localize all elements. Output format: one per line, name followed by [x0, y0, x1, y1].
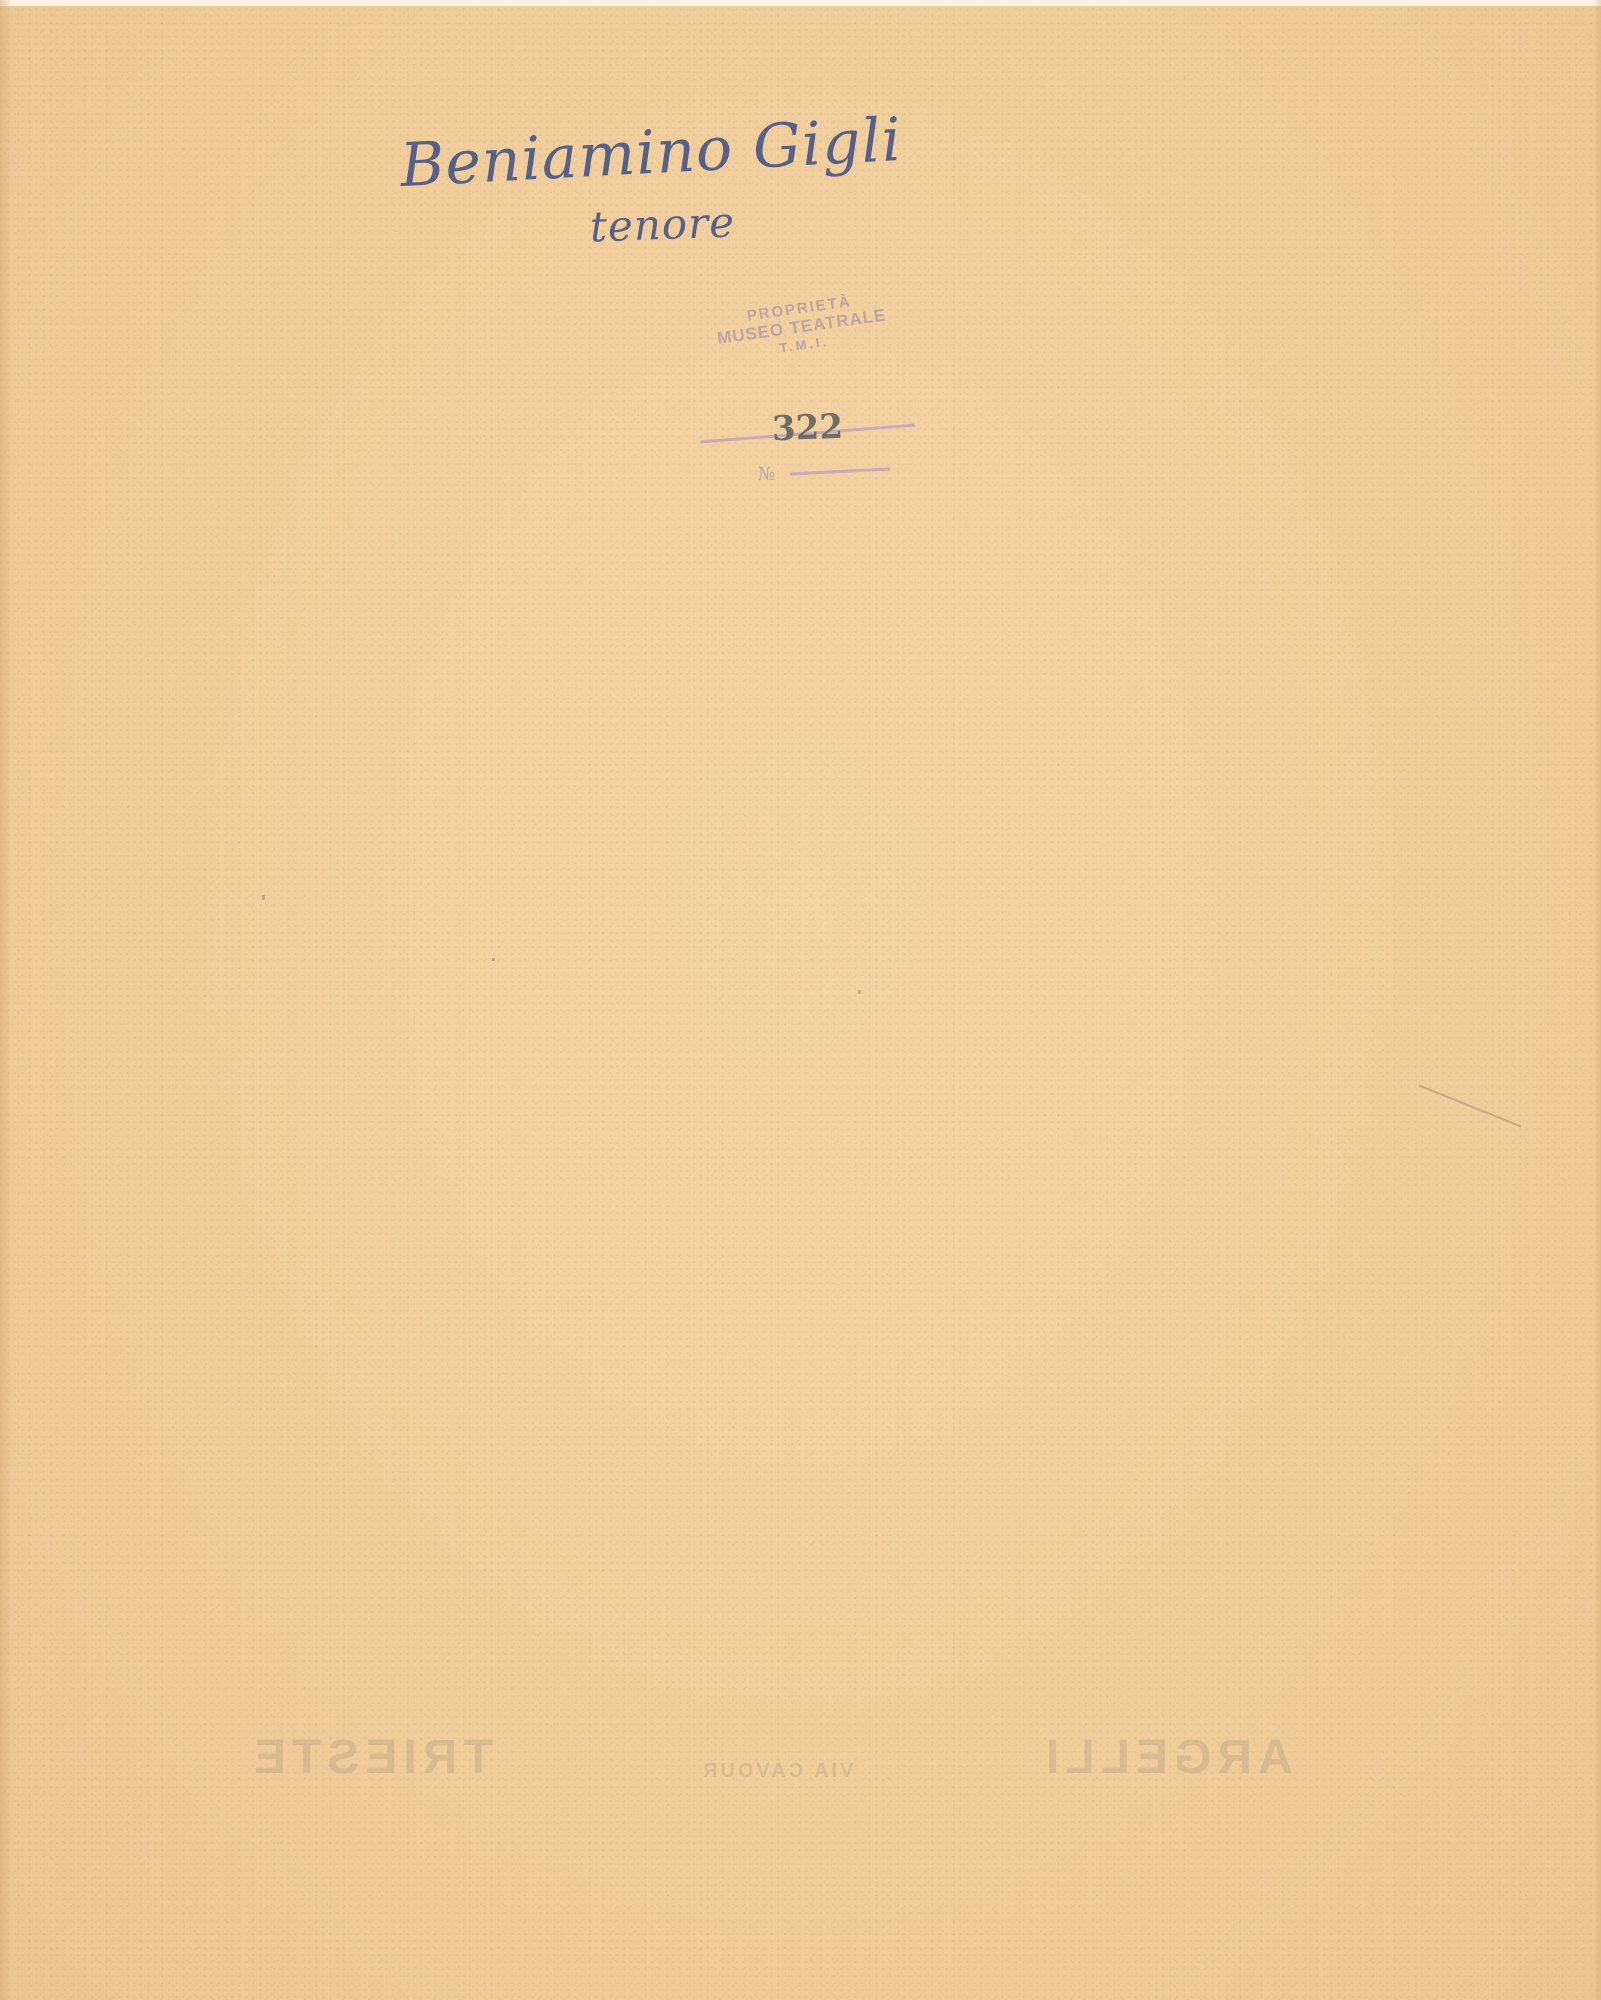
- handwritten-name: Beniamino Gigli: [399, 105, 904, 201]
- page-left-edge: [0, 0, 12, 2000]
- paper-speck: [492, 958, 495, 961]
- bleed-through-text-right: ARGELLI: [1040, 1730, 1293, 1785]
- inventory-number-label: №: [758, 464, 775, 485]
- page-top-edge: [0, 0, 1601, 6]
- paper-speck: [858, 990, 861, 994]
- bleed-through-text-middle: VIA CAVOUR: [700, 1760, 853, 1783]
- bleed-through-text-left: TRIESTE: [248, 1730, 493, 1785]
- handwritten-role: tenore: [589, 197, 736, 251]
- stray-pencil-mark: [1419, 1084, 1522, 1127]
- inventory-number-line: [790, 467, 890, 475]
- paper-speck: [262, 895, 265, 900]
- inventory-number: 322: [771, 407, 843, 449]
- page-right-edge: [1593, 0, 1601, 2000]
- museum-ownership-stamp: PROPRIETÀ MUSEO TEATRALE T.M.I.: [684, 284, 926, 415]
- document-page: Beniamino Gigli tenore PROPRIETÀ MUSEO T…: [0, 0, 1601, 2000]
